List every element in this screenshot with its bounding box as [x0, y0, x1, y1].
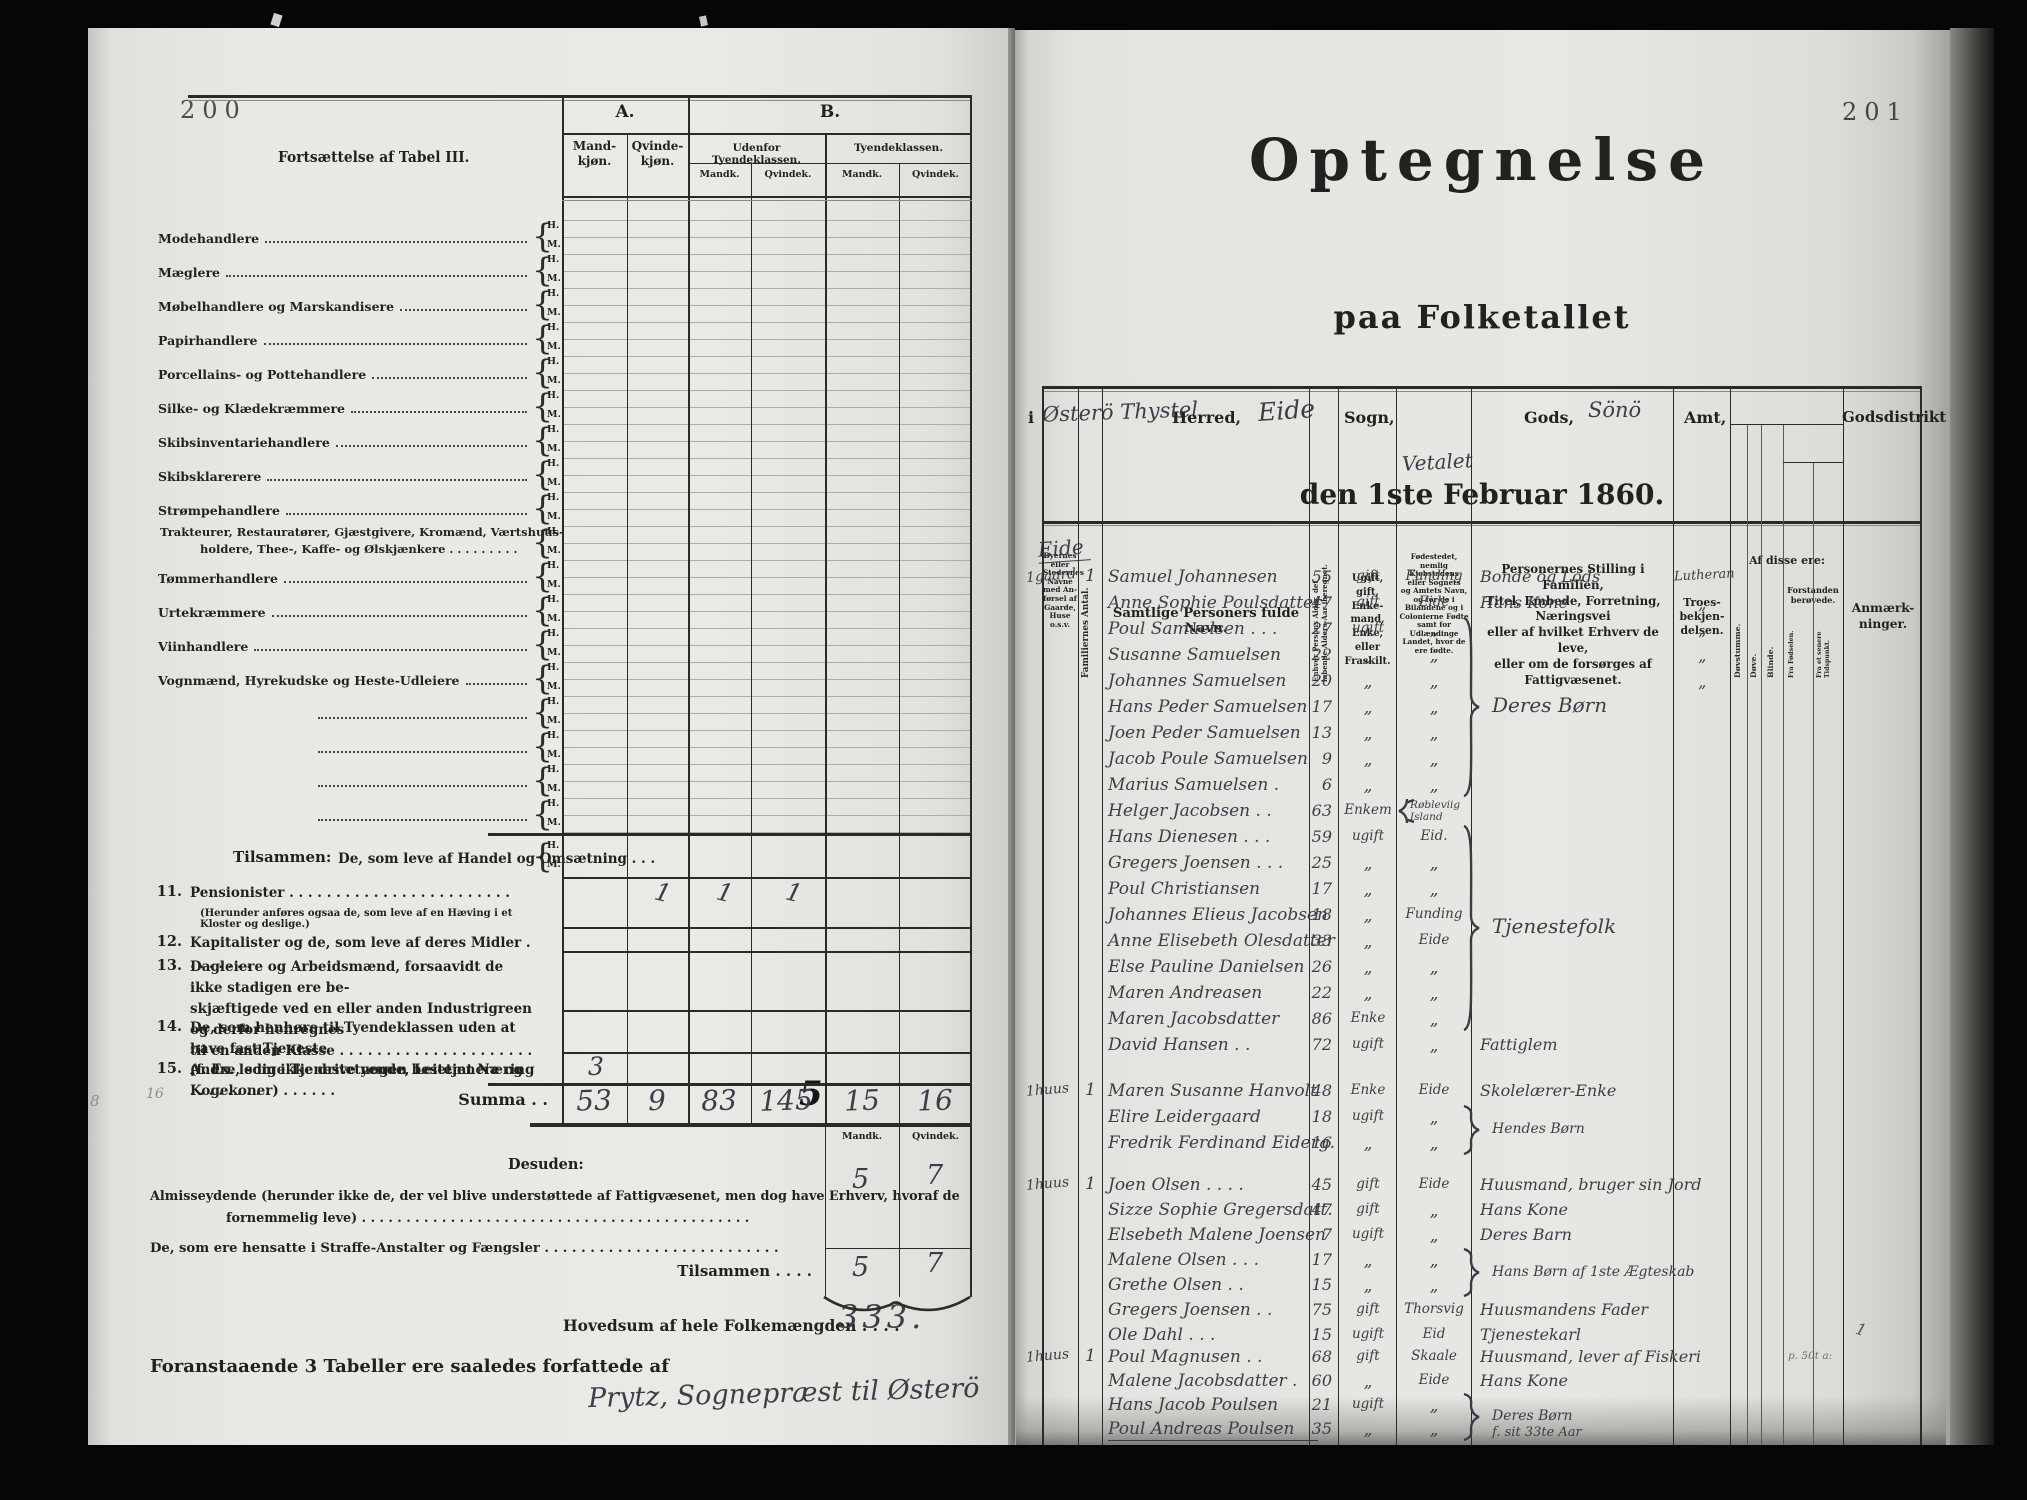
rule	[562, 95, 564, 1125]
rule	[1042, 391, 1922, 392]
bracket-letter: M.	[547, 817, 561, 828]
header-deaf: Døve.	[1749, 636, 1761, 678]
occupation-row: Papirhandlere	[158, 328, 530, 348]
census-row-birthplace: „	[1398, 698, 1470, 718]
rule	[562, 133, 972, 135]
occupation-row: Tømmerhandlere	[158, 566, 530, 586]
item-text: Andre, som ikke drive nogen bestemt Næri…	[190, 1060, 535, 1102]
form-hw-sogn: Eide	[1257, 394, 1316, 427]
census-row-age: 22	[1294, 983, 1332, 1002]
brace-label: Hans Børn af 1ste Ægteskab	[1492, 1264, 1694, 1280]
row-bracket: {H.M.	[532, 797, 562, 835]
header-insane-later: Fra et senere Tidspunkt.	[1816, 624, 1838, 678]
census-row-religion: „	[1674, 645, 1731, 667]
census-row-birthplace: „	[1398, 984, 1470, 1004]
census-row-occupation: Hans Kone	[1480, 1200, 1568, 1219]
bracket-letter: M.	[547, 409, 561, 420]
census-row-birthplace: „	[1398, 1201, 1470, 1221]
bracket-letter: H.	[547, 526, 559, 537]
census-row-birthplace: „	[1398, 1134, 1470, 1154]
census-row-age: 68	[1294, 1347, 1332, 1366]
bracket-letter: H.	[547, 390, 559, 401]
census-row-age: 60	[1294, 1371, 1332, 1390]
census-row-status: „	[1340, 698, 1396, 718]
rule	[1761, 424, 1762, 1445]
census-row-occupation: Skolelærer-Enke	[1480, 1081, 1616, 1100]
desuden-heading: Desuden:	[508, 1156, 584, 1173]
col-b-mandk-1: Mandk.	[688, 169, 751, 180]
census-row-name: Else Pauline Danielsen	[1108, 957, 1318, 977]
summa-value: 145	[759, 1083, 814, 1118]
census-row-age: 25	[1294, 853, 1332, 872]
census-row-birthplace: Thorsvig	[1398, 1301, 1470, 1317]
census-row-birthplace: „	[1398, 776, 1470, 796]
rule	[1920, 386, 1922, 1445]
census-row-age: 6	[1294, 775, 1332, 794]
book-edge-strip	[1950, 28, 1994, 1445]
census-row-status: ugift	[1340, 1108, 1396, 1124]
form-label-herred: Herred,	[1172, 408, 1241, 427]
census-row-occupation: Hans Kone	[1480, 593, 1568, 612]
census-row-name: Gregers Joensen . .	[1108, 1300, 1318, 1320]
bracket-letter: M.	[547, 647, 561, 658]
straffe-line: De, som ere hensatte i Straffe-Anstalter…	[150, 1241, 779, 1256]
occupation-label: Papirhandlere	[158, 333, 258, 348]
dotted-leader	[400, 307, 527, 311]
census-row-status: gift	[1340, 568, 1396, 584]
bracket-letter: H.	[547, 560, 559, 571]
rule	[970, 1127, 972, 1297]
col-b-qvindek-2: Qvindek.	[899, 169, 972, 180]
rule	[530, 1123, 972, 1127]
bracket-letter: M.	[547, 715, 561, 726]
bottom-col-qvindek: Qvindek.	[899, 1131, 972, 1142]
rule	[688, 95, 690, 1125]
form-hw-amt: Sönö	[1588, 398, 1641, 422]
occupation-row: Skibsklarerere	[158, 464, 530, 484]
census-row-age: 35	[1294, 1419, 1332, 1438]
col-tyendeklassen: Tyendeklassen.	[825, 142, 972, 154]
brace-icon	[1462, 617, 1482, 797]
census-row-birthplace: „	[1398, 646, 1470, 666]
census-row-birthplace: „	[1398, 750, 1470, 770]
rule	[1338, 386, 1339, 1445]
census-row-age: 18	[1294, 905, 1332, 924]
bracket-letter: H.	[547, 458, 559, 469]
census-row-age: 9	[1294, 749, 1332, 768]
census-row-age: 72	[1294, 1035, 1332, 1054]
rule	[627, 133, 628, 1125]
occupation-label: Porcellains- og Pottehandlere	[158, 367, 366, 382]
rule	[1783, 462, 1843, 463]
family-count: 1	[1085, 1174, 1096, 1194]
bracket-letter: H.	[547, 764, 559, 775]
census-row-status: „	[1340, 1372, 1396, 1392]
census-row-status: ugift	[1340, 1396, 1396, 1412]
census-row-birthplace: „	[1398, 1010, 1470, 1030]
rule	[188, 95, 972, 98]
left-table-title: Fortsættelse af Tabel III.	[278, 148, 469, 166]
rule	[1747, 424, 1748, 1445]
census-row-birthplace: Funding	[1398, 906, 1470, 922]
occupation-label: Modehandlere	[158, 231, 259, 246]
brace-icon	[1462, 1248, 1482, 1297]
census-row-name: Johannes Samuelsen	[1108, 671, 1318, 691]
summa-value: 9	[648, 1084, 667, 1118]
census-row-age: 15	[1294, 1275, 1332, 1294]
census-row-name: Elsebeth Malene Joensen	[1108, 1225, 1318, 1245]
form-label-i: i	[1028, 408, 1034, 427]
census-row-age: 13	[1294, 723, 1332, 742]
rule	[899, 1127, 900, 1297]
dotted-leader	[226, 273, 527, 277]
census-row-birthplace: Røbleviig Island	[1410, 800, 1472, 823]
census-row-status: Enke	[1340, 1010, 1396, 1026]
rule	[1843, 386, 1844, 1445]
summa-value: 83	[701, 1083, 738, 1117]
bracket-letter: H.	[547, 798, 559, 809]
census-row-status: „	[1340, 672, 1396, 692]
occupation-row-multiline: Trakteurer, Restauratører, Gjæstgivere, …	[158, 524, 530, 560]
census-subtitle: paa Folketallet	[1042, 298, 1922, 336]
census-row-status: „	[1340, 984, 1396, 1004]
bracket-letter: H.	[547, 322, 559, 333]
item-number: 14.	[150, 1018, 182, 1035]
dotted-leader	[254, 647, 527, 651]
census-row-status: gift	[1340, 1348, 1396, 1364]
occupation-label: Skibsklarerere	[158, 469, 261, 484]
census-row-name: Fredrik Ferdinand Eiderg.	[1108, 1133, 1318, 1153]
dotted-leader	[372, 375, 527, 379]
brace-icon	[1462, 1393, 1482, 1441]
census-row-status: ugift	[1340, 620, 1396, 636]
paper-notch	[270, 13, 282, 27]
census-row-status: ugift	[1340, 828, 1396, 844]
rule	[899, 163, 900, 1125]
census-row-occupation: Hans Kone	[1480, 1371, 1568, 1390]
census-row-status: „	[1340, 906, 1396, 926]
census-row-religion: „	[1674, 593, 1731, 615]
occupation-label: Skibsinventariehandlere	[158, 435, 330, 450]
census-row-occupation: Huusmand, lever af Fiskeri	[1480, 1347, 1701, 1366]
bracket-letter: M.	[547, 477, 561, 488]
brace-icon	[1462, 825, 1482, 1031]
census-row-birthplace: „	[1398, 1276, 1470, 1296]
bracket-letter: M.	[547, 579, 561, 590]
census-row-age: 16	[1294, 1133, 1332, 1152]
occupation-row: Strømpehandlere	[158, 498, 530, 518]
rule	[970, 95, 972, 1125]
occupation-label: Trakteurer, Restauratører, Gjæstgivere, …	[158, 524, 530, 541]
almisse-value-qvindek: 7	[926, 1160, 943, 1191]
paper-notch	[699, 15, 708, 26]
bracket-letter: H.	[547, 356, 559, 367]
col-b-mandk-2: Mandk.	[825, 169, 899, 180]
header-places: Byernes eller Stedernes Navne med An- fø…	[1043, 552, 1077, 629]
dotted-leader	[272, 613, 527, 617]
dotted-leader	[265, 239, 527, 243]
census-row-birthplace: „	[1398, 1420, 1470, 1440]
bracket-letter: M.	[547, 545, 561, 556]
rule	[825, 1127, 826, 1297]
place-label: Eide	[1037, 534, 1090, 564]
census-row-status: „	[1340, 1251, 1396, 1271]
census-row-age: 86	[1294, 1009, 1332, 1028]
tilsammen-value-mandk: 5	[852, 1252, 869, 1283]
census-row-status: „	[1340, 880, 1396, 900]
census-row-birthplace: Funding	[1398, 568, 1470, 584]
census-row-age: 18	[1294, 1107, 1332, 1126]
form-label-amt: Amt,	[1684, 408, 1726, 427]
census-row-birthplace: „	[1398, 958, 1470, 978]
census-row-status: gift	[1340, 1176, 1396, 1192]
census-row-occupation: Deres Barn	[1480, 1225, 1572, 1244]
almisse-line2: fornemmelig leve) . . . . . . . . . . . …	[226, 1211, 749, 1226]
rule	[825, 133, 827, 1125]
census-row-name: Ole Dahl . . .	[1108, 1325, 1318, 1345]
summa-value: 16	[917, 1083, 954, 1117]
census-row-birthplace: Eide	[1398, 594, 1470, 610]
grid-row-lines	[563, 204, 971, 834]
tilsammen-value-qvindek: 7	[926, 1248, 943, 1279]
item-number: 15.	[150, 1060, 182, 1077]
brace-label: Hendes Børn	[1492, 1121, 1585, 1137]
occupation-label: Mæglere	[158, 265, 220, 280]
rule	[1042, 386, 1044, 1445]
dotted-leader	[284, 579, 527, 583]
occupation-row: Vognmænd, Hyrekudske og Heste-Udleiere	[158, 668, 530, 688]
census-row-name: Helger Jacobsen . .	[1108, 801, 1318, 821]
item-number: 12.	[150, 933, 182, 950]
census-row-birthplace: Eide	[1398, 1372, 1470, 1388]
census-row-status: „	[1340, 958, 1396, 978]
form-label-godsdistrikt: Godsdistrikt	[1842, 408, 1946, 426]
col-group-a: A.	[562, 102, 688, 122]
summa-value: 15	[844, 1083, 881, 1117]
census-row-name: David Hansen . .	[1108, 1035, 1318, 1055]
bracket-letter: H.	[547, 288, 559, 299]
census-row-name: Jacob Poule Samuelsen	[1108, 749, 1318, 769]
header-blind: Blinde.	[1766, 626, 1780, 678]
census-row-birthplace: Eid	[1398, 1326, 1470, 1342]
occupation-label: Silke- og Klædekræmmere	[158, 401, 345, 416]
census-row-status: „	[1340, 724, 1396, 744]
rule	[1730, 386, 1731, 1445]
rule	[1783, 424, 1784, 1445]
census-row-status: „	[1340, 1420, 1396, 1440]
rule	[188, 100, 972, 101]
census-row-birthplace: „	[1398, 1108, 1470, 1128]
census-row-birthplace: „	[1398, 620, 1470, 640]
rule	[562, 196, 972, 198]
rule	[825, 1248, 971, 1249]
occupation-row: Urtekræmmere	[158, 600, 530, 620]
header-deaf-mute: Døvstumme.	[1733, 594, 1747, 678]
rule	[562, 200, 972, 201]
almisse-line1: Almisseydende (herunder ikke de, der vel…	[150, 1189, 960, 1204]
family-count: 1	[1085, 1346, 1096, 1366]
dotted-leader	[286, 511, 527, 515]
rule	[562, 951, 972, 953]
census-row-age: 7	[1294, 1225, 1332, 1244]
pencil-mark: 16	[146, 1086, 164, 1102]
census-row-name: Maren Jacobsdatter	[1108, 1009, 1318, 1029]
bracket-letter: H.	[547, 220, 559, 231]
census-row-age: 17	[1294, 697, 1332, 716]
brace-label: Deres Børn	[1492, 693, 1607, 717]
brace-icon	[1462, 1105, 1482, 1155]
occupation-label: Viinhandlere	[158, 639, 248, 654]
occupation-label: Tømmerhandlere	[158, 571, 278, 586]
census-row-age: 45	[1294, 1175, 1332, 1194]
brace-label: Deres Børn	[1492, 1408, 1573, 1424]
census-row-name: Anne Sophie Poulsdatter	[1108, 593, 1318, 613]
census-title: Optegnelse	[1042, 126, 1922, 194]
census-row-name: Samuel Johannesen	[1108, 567, 1318, 587]
rule	[1042, 525, 1922, 526]
bottom-col-mandk: Mandk.	[825, 1131, 899, 1142]
census-row-status: Enkem	[1340, 802, 1396, 818]
census-row-name: Sizze Sophie Gregersdatt.	[1108, 1200, 1318, 1220]
occupation-row-blank	[312, 806, 530, 824]
rule	[1042, 521, 1922, 524]
census-row-name: Gregers Joensen . . .	[1108, 853, 1318, 873]
family-count: 1	[1085, 1080, 1096, 1100]
census-row-religion: „	[1674, 619, 1731, 641]
census-row-birthplace: Skaale	[1398, 1348, 1470, 1364]
brace-label: Tjenestefolk	[1492, 914, 1616, 938]
bracket-letter: M.	[547, 443, 561, 454]
item15-mark: 3	[588, 1052, 604, 1081]
census-row-age: 33	[1294, 931, 1332, 950]
census-row-status: „	[1340, 776, 1396, 796]
census-row-name: Anne Elisebeth Olesdatter	[1108, 931, 1318, 951]
census-row-age: 48	[1294, 1081, 1332, 1100]
occupation-label: Strømpehandlere	[158, 503, 280, 518]
census-row-age: 55	[1294, 567, 1332, 586]
almisse-value-mandk: 5	[852, 1164, 869, 1195]
census-row-occupation: Huusmandens Fader	[1480, 1300, 1648, 1319]
occupation-label: Vognmænd, Hyrekudske og Heste-Udleiere	[158, 673, 460, 688]
census-row-status: gift	[1340, 1201, 1396, 1217]
occupation-row: Viinhandlere	[158, 634, 530, 654]
rule	[562, 1052, 972, 1054]
census-row-birthplace: „	[1398, 880, 1470, 900]
form-label-gods: Gods,	[1524, 408, 1574, 427]
census-row-name: Malene Jacobsdatter .	[1108, 1371, 1318, 1391]
census-row-name: Poul Andreas Poulsen	[1108, 1419, 1318, 1441]
dotted-leader	[318, 817, 527, 821]
census-row-birthplace: „	[1398, 1226, 1470, 1246]
item-text: Pensionister . . . . . . . . . . . . . .…	[190, 883, 535, 904]
item-note: (Herunder anføres ogsaa de, som leve af …	[200, 908, 540, 930]
margin-note: p. 50t a:	[1788, 1350, 1832, 1362]
occupation-row: Mæglere	[158, 260, 530, 280]
census-row-occupation: Bonde og Lods	[1480, 567, 1600, 586]
occupation-row: Silke- og Klædekræmmere	[158, 396, 530, 416]
census-row-occupation: Huusmand, bruger sin Jord	[1480, 1175, 1702, 1194]
census-row-status: „	[1340, 1276, 1396, 1296]
bracket-letter: H.	[547, 628, 559, 639]
pencil-mark: 8	[90, 1092, 100, 1110]
dotted-leader	[318, 783, 527, 787]
brace-label-2: f. sit 33te Aar	[1492, 1425, 1582, 1440]
census-row-status: „	[1340, 1134, 1396, 1154]
census-row-name: Malene Olsen . . .	[1108, 1250, 1318, 1270]
census-row-status: gift	[1340, 594, 1396, 610]
census-row-age: 20	[1294, 671, 1332, 690]
occupation-row: Porcellains- og Pottehandlere	[158, 362, 530, 382]
census-row-name: Grethe Olsen . .	[1108, 1275, 1318, 1295]
census-row-age: 22	[1294, 645, 1332, 664]
rule	[1730, 424, 1843, 425]
tilsammen-label: Tilsammen:	[233, 848, 331, 866]
census-row-birthplace: „	[1398, 1396, 1470, 1416]
occupation-row: Modehandlere	[158, 226, 530, 246]
family-count: 1	[1085, 566, 1096, 586]
census-row-birthplace: „	[1398, 672, 1470, 692]
census-row-age: 75	[1294, 1300, 1332, 1319]
col-group-b: B.	[688, 102, 972, 122]
bracket-letter: H.	[547, 594, 559, 605]
census-row-birthplace: Eide	[1398, 1082, 1470, 1098]
census-row-name: Hans Dienesen . . .	[1108, 827, 1318, 847]
dotted-leader	[264, 341, 528, 345]
bracket-letter: H.	[547, 424, 559, 435]
census-row-occupation: Tjenestekarl	[1480, 1325, 1581, 1344]
bottom-tilsammen-label: Tilsammen . . . .	[600, 1262, 812, 1280]
item-number: 11.	[150, 883, 182, 900]
occupation-label: Møbelhandlere og Marskandisere	[158, 299, 394, 314]
rule	[1102, 386, 1103, 1445]
census-row-occupation: Fattiglem	[1480, 1035, 1558, 1054]
bracket-letter: H.	[547, 254, 559, 265]
census-row-name: Hans Jacob Poulsen	[1108, 1395, 1318, 1415]
census-row-name: Susanne Samuelsen	[1108, 645, 1318, 665]
summa-value: 53	[576, 1083, 613, 1117]
row-bracket: {H.M.	[532, 839, 562, 877]
census-row-name: Hans Peder Samuelsen	[1108, 697, 1318, 717]
occupation-row: Skibsinventariehandlere	[158, 430, 530, 450]
bracket-letter: M.	[547, 307, 561, 318]
bracket-letter: M.	[547, 511, 561, 522]
census-row-status: „	[1340, 932, 1396, 952]
form-hw-below: Vetalet	[1401, 448, 1473, 476]
dotted-leader	[351, 409, 527, 413]
census-row-status: ugift	[1340, 1326, 1396, 1342]
census-row-age: 21	[1294, 1395, 1332, 1414]
census-row-religion: „	[1674, 671, 1731, 693]
census-row-status: „	[1340, 750, 1396, 770]
census-row-birthplace: Eid.	[1398, 828, 1470, 844]
occupation-row: Møbelhandlere og Marskandisere	[158, 294, 530, 314]
col-b-qvindek-1: Qvindek.	[751, 169, 825, 180]
occupation-row-blank	[312, 704, 530, 722]
scanned-census-document: 200 Fortsættelse af Tabel III. A. B. Man…	[0, 0, 2027, 1500]
census-row-age: 27	[1294, 619, 1332, 638]
rule	[1673, 386, 1674, 1445]
bracket-letter: M.	[547, 783, 561, 794]
census-row-birthplace: „	[1398, 854, 1470, 874]
bracket-letter: H.	[547, 730, 559, 741]
census-row-name: Maren Susanne Hanvolt	[1108, 1081, 1318, 1101]
table-end-flourish	[822, 1294, 972, 1320]
bracket-letter: M.	[547, 859, 561, 870]
bracket-letter: H.	[547, 492, 559, 503]
census-row-age: 17	[1294, 1250, 1332, 1269]
census-row-name: Maren Andreasen	[1108, 983, 1318, 1003]
dotted-leader	[318, 749, 527, 753]
